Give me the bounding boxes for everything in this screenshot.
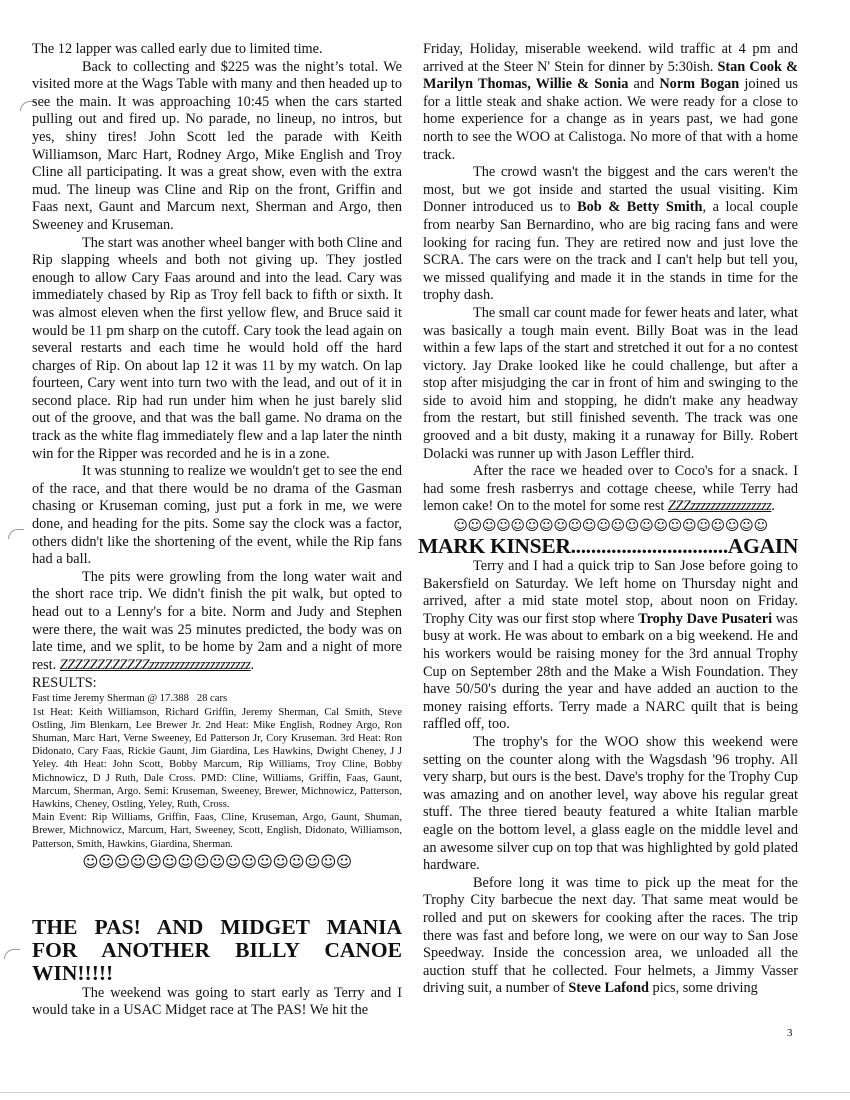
paragraph: The weekend was going to start early as …: [32, 985, 402, 1020]
results-main-event: Main Event: Rip Williams, Griffin, Faas,…: [32, 811, 402, 851]
paragraph: The small car count made for fewer heats…: [423, 305, 798, 463]
paragraph: It was stunning to realize we wouldn't g…: [32, 463, 402, 569]
results-block: Fast time Jeremy Sherman @ 17.388 28 car…: [32, 692, 402, 850]
results-fast-time: Fast time Jeremy Sherman @ 17.388 28 car…: [32, 692, 402, 705]
paragraph: The crowd wasn't the biggest and the car…: [423, 164, 798, 305]
page-edge-line: [0, 1092, 850, 1093]
bold-names: Trophy Dave Pusateri: [638, 611, 772, 627]
paragraph: The trophy's for the WOO show this weeke…: [423, 734, 798, 875]
scan-artifact: [4, 949, 20, 959]
scan-artifact: [8, 529, 24, 539]
page-number: 3: [787, 1027, 793, 1039]
paragraph: The start was another wheel banger with …: [32, 235, 402, 464]
results-label: RESULTS:: [32, 675, 402, 692]
smiley-divider-icons: ☺☺☺☺☺☺☺☺☺☺☺☺☺☺☺☺☺☺☺☺☺☺: [423, 517, 798, 535]
period: .: [771, 498, 775, 514]
results-heats: 1st Heat: Keith Williamson, Richard Grif…: [32, 706, 402, 812]
paragraph: Terry and I had a quick trip to San Jose…: [423, 558, 798, 734]
bold-names: Steve Lafond: [568, 980, 649, 996]
smiley-divider-icons: ☺☺☺☺☺☺☺☺☺☺☺☺☺☺☺☺☺: [32, 852, 402, 872]
paragraph: Back to collecting and $225 was the nigh…: [32, 59, 402, 235]
sleep-zzz: ZZZzzzzzzzzzzzzzzzz: [668, 498, 771, 514]
paragraph: Before long it was time to pick up the m…: [423, 875, 798, 998]
article-headline: THE PAS! AND MIDGET MANIA FOR ANOTHER BI…: [32, 916, 402, 985]
paragraph-text: and: [628, 76, 659, 92]
bold-names: Bob & Betty Smith: [577, 199, 702, 215]
article-headline: MARK KINSER.............................…: [418, 535, 798, 558]
paragraph-text: was busy at work. He was about to embark…: [423, 611, 798, 733]
paragraph-text: pics, some driving: [649, 980, 758, 996]
left-column: The 12 lapper was called early due to li…: [32, 41, 402, 1020]
period: .: [251, 657, 255, 673]
paragraph-text: Before long it was time to pick up the m…: [423, 875, 798, 997]
paragraph: Friday, Holiday, miserable weekend. wild…: [423, 41, 798, 164]
sleep-zzz: ZZZZZZZZZZZZzzzzzzzzzzzzzzzzzzzz: [60, 657, 251, 673]
paragraph: After the race we headed over to Coco's …: [423, 463, 798, 516]
paragraph: The 12 lapper was called early due to li…: [32, 41, 402, 59]
paragraph: The pits were growling from the long wat…: [32, 569, 402, 675]
bold-names: Norm Bogan: [659, 76, 739, 92]
right-column: Friday, Holiday, miserable weekend. wild…: [423, 41, 798, 998]
